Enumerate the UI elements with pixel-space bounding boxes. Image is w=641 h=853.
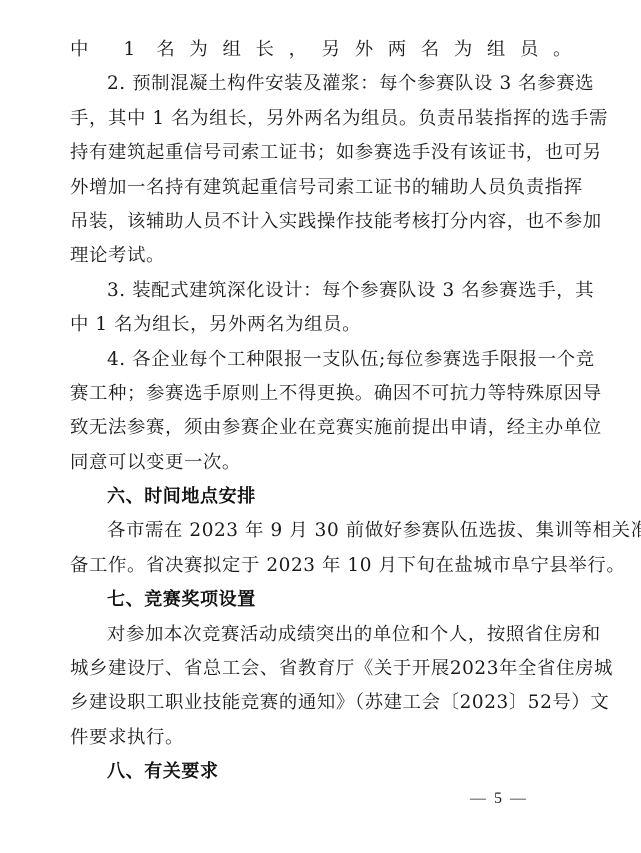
section-heading-schedule: 六、时间地点安排 bbox=[70, 480, 572, 514]
paragraph-line: 对参加本次竞赛活动成绩突出的单位和个人，按照省住房和 bbox=[70, 618, 572, 652]
section-heading-awards: 七、竞赛奖项设置 bbox=[70, 583, 572, 617]
paragraph-line: 赛工种；参赛选手原则上不得更换。确因不可抗力等特殊原因导 bbox=[70, 377, 572, 411]
document-page: 中 1 名为组长，另外两名为组员。 2. 预制混凝土构件安装及灌浆：每个参赛队设… bbox=[0, 0, 641, 853]
paragraph-line: 4. 各企业每个工种限报一支队伍;每位参赛选手限报一个竞 bbox=[70, 343, 572, 377]
paragraph-line: 理论考试。 bbox=[70, 239, 572, 273]
paragraph-line: 备工作。省决赛拟定于 2023 年 10 月下旬在盐城市阜宁县举行。 bbox=[70, 549, 572, 583]
paragraph-line: 中 1 名为组长，另外两名为组员。 bbox=[70, 308, 572, 342]
paragraph-line: 手，其中 1 名为组长，另外两名为组员。负责吊装指挥的选手需 bbox=[70, 102, 572, 136]
paragraph-line: 3. 装配式建筑深化设计：每个参赛队设 3 名参赛选手，其 bbox=[70, 274, 572, 308]
paragraph-line: 同意可以变更一次。 bbox=[70, 446, 572, 480]
paragraph-line: 致无法参赛，须由参赛企业在竞赛实施前提出申请，经主办单位 bbox=[70, 411, 572, 445]
paragraph-line: 持有建筑起重信号司索工证书；如参赛选手没有该证书，也可另 bbox=[70, 136, 572, 170]
section-heading-requirements: 八、有关要求 bbox=[70, 755, 572, 789]
paragraph-line: 城乡建设厅、省总工会、省教育厅《关于开展2023年全省住房城 bbox=[70, 652, 572, 686]
paragraph-line: 中 1 名为组长，另外两名为组员。 bbox=[70, 33, 572, 67]
paragraph-line: 乡建设职工职业技能竞赛的通知》（苏建工会〔2023〕52号）文 bbox=[70, 686, 572, 720]
paragraph-line: 件要求执行。 bbox=[70, 721, 572, 755]
paragraph-line: 各市需在 2023 年 9 月 30 前做好参赛队伍选拔、集训等相关准 bbox=[70, 514, 572, 548]
page-number: — 5 — bbox=[470, 790, 528, 808]
document-body: 中 1 名为组长，另外两名为组员。 2. 预制混凝土构件安装及灌浆：每个参赛队设… bbox=[70, 33, 572, 790]
paragraph-line: 外增加一名持有建筑起重信号司索工证书的辅助人员负责指挥 bbox=[70, 171, 572, 205]
paragraph-line: 2. 预制混凝土构件安装及灌浆：每个参赛队设 3 名参赛选 bbox=[70, 67, 572, 101]
paragraph-line: 吊装，该辅助人员不计入实践操作技能考核打分内容，也不参加 bbox=[70, 205, 572, 239]
